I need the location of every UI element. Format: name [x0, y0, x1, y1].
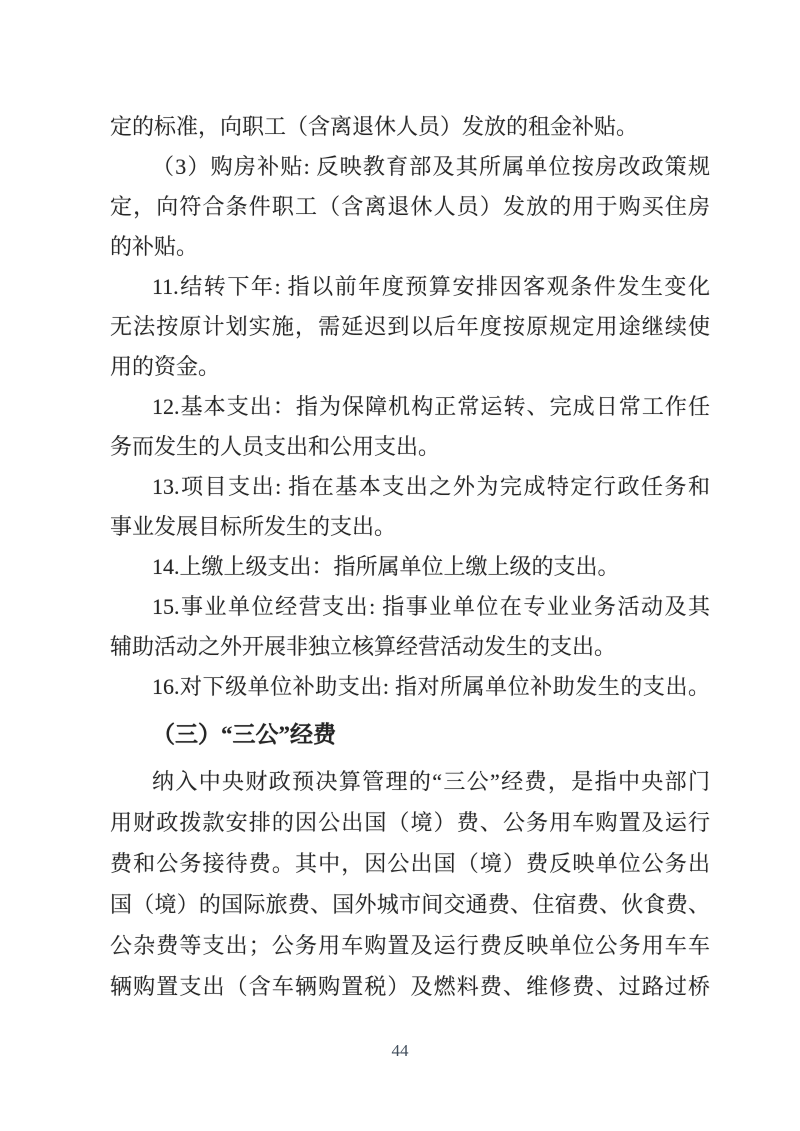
text-line: 的补贴。 [110, 227, 710, 267]
text-line: 16.对下级单位补助支出: 指对所属单位补助发生的支出。 [110, 667, 710, 707]
document-text: 定的标准，向职工（含离退休人员）发放的租金补贴。（3）购房补贴: 反映教育部及其… [110, 107, 710, 1007]
section-heading: （三）“三公”经费 [110, 715, 710, 755]
text-line: 15.事业单位经营支出: 指事业单位在专业业务活动及其 [110, 587, 710, 627]
text-line: 用财政拨款安排的因公出国（境）费、公务用车购置及运行 [110, 802, 710, 843]
text-line: 纳入中央财政预决算管理的“三公”经费，是指中央部门 [110, 761, 710, 802]
text-line: 费和公务接待费。其中，因公出国（境）费反映单位公务出 [110, 843, 710, 884]
text-line: （3）购房补贴: 反映教育部及其所属单位按房改政策规 [110, 147, 710, 187]
document-page: 定的标准，向职工（含离退休人员）发放的租金补贴。（3）购房补贴: 反映教育部及其… [0, 0, 800, 1131]
text-line: 公杂费等支出；公务用车购置及运行费反映单位公务用车车 [110, 925, 710, 966]
text-line: 12.基本支出：指为保障机构正常运转、完成日常工作任 [110, 387, 710, 427]
text-line: 11.结转下年: 指以前年度预算安排因客观条件发生变化 [110, 267, 710, 307]
text-line: 国（境）的国际旅费、国外城市间交通费、住宿费、伙食费、 [110, 884, 710, 925]
text-line: 务而发生的人员支出和公用支出。 [110, 427, 710, 467]
text-line: 定的标准，向职工（含离退休人员）发放的租金补贴。 [110, 107, 710, 147]
text-line: 辆购置支出（含车辆购置税）及燃料费、维修费、过路过桥 [110, 966, 710, 1007]
text-line: 辅助活动之外开展非独立核算经营活动发生的支出。 [110, 627, 710, 667]
page-number: 44 [0, 1038, 800, 1064]
text-line: 无法按原计划实施，需延迟到以后年度按原规定用途继续使 [110, 307, 710, 347]
text-line: 事业发展目标所发生的支出。 [110, 507, 710, 547]
text-line: 14.上缴上级支出：指所属单位上缴上级的支出。 [110, 547, 710, 587]
text-line: 用的资金。 [110, 347, 710, 387]
text-line: 定，向符合条件职工（含离退休人员）发放的用于购买住房 [110, 187, 710, 227]
text-line: 13.项目支出: 指在基本支出之外为完成特定行政任务和 [110, 467, 710, 507]
